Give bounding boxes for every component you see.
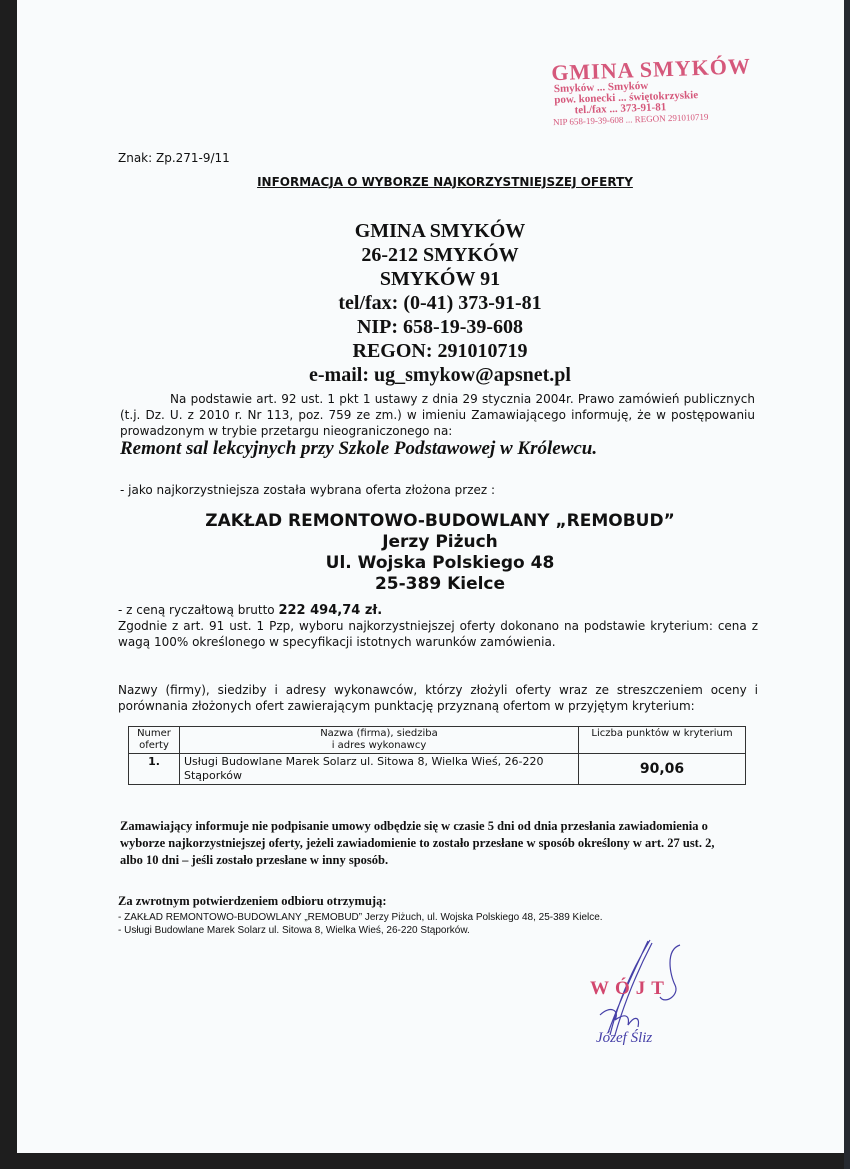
offer-points: 90,06 xyxy=(579,754,746,785)
price-prefix: - z ceną ryczałtową brutto xyxy=(118,603,278,617)
offer-contractor: Usługi Budowlane Marek Solarz ul. Sitowa… xyxy=(180,754,579,785)
authority-email: e-mail: ug_smykow@apsnet.pl xyxy=(0,363,850,387)
header-contractor: Nazwa (firma), siedziba i adres wykonawc… xyxy=(180,727,579,754)
authority-street: SMYKÓW 91 xyxy=(0,267,850,291)
recipients-heading: Za zwrotnym potwierdzeniem odbioru otrzy… xyxy=(118,894,386,909)
price-line: - z ceną ryczałtową brutto 222 494,74 zł… xyxy=(118,602,758,619)
contract-signing-notice: Zamawiający informuje nie podpisanie umo… xyxy=(120,818,740,869)
winner-street: Ul. Wojska Polskiego 48 xyxy=(0,553,850,574)
office-stamp: GMINA SMYKÓW Smyków ... Smyków pow. kone… xyxy=(551,54,793,127)
contracting-authority: GMINA SMYKÓW 26-212 SMYKÓW SMYKÓW 91 tel… xyxy=(0,219,850,387)
authority-postal: 26-212 SMYKÓW xyxy=(0,243,850,267)
authority-regon: REGON: 291010719 xyxy=(0,339,850,363)
header-points: Liczba punktów w kryterium xyxy=(579,727,746,754)
authority-phone: tel/fax: (0-41) 373-91-81 xyxy=(0,291,850,315)
criterion-paragraph: Zgodnie z art. 91 ust. 1 Pzp, wyboru naj… xyxy=(118,618,758,650)
winning-contractor: ZAKŁAD REMONTOWO-BUDOWLANY „REMOBUD” Jer… xyxy=(0,511,850,595)
authority-name: GMINA SMYKÓW xyxy=(0,219,850,243)
price-value: 222 494,74 zł. xyxy=(278,603,382,618)
winner-person: Jerzy Piżuch xyxy=(0,532,850,553)
offers-table: Numer oferty Nazwa (firma), siedziba i a… xyxy=(128,726,746,785)
offer-number: 1. xyxy=(129,754,180,785)
document-title: INFORMACJA O WYBORZE NAJKORZYSTNIEJSZEJ … xyxy=(0,175,850,189)
recipient-item: - Usługi Budowlane Marek Solarz ul. Sito… xyxy=(118,924,470,937)
signatory-role: WÓJT xyxy=(590,978,670,1000)
procurement-subject: Remont sal lekcyjnych przy Szkole Podsta… xyxy=(120,438,597,460)
header-offer-number: Numer oferty xyxy=(129,727,180,754)
offers-intro: Nazwy (firmy), siedziby i adresy wykonaw… xyxy=(118,682,758,714)
signatory-name: Józef Śliz xyxy=(596,1030,652,1047)
winner-city: 25-389 Kielce xyxy=(0,574,850,595)
intro-paragraph: Na podstawie art. 92 ust. 1 pkt 1 ustawy… xyxy=(120,391,755,439)
reference-number: Znak: Zp.271-9/11 xyxy=(118,151,230,165)
winner-name: ZAKŁAD REMONTOWO-BUDOWLANY „REMOBUD” xyxy=(0,511,850,532)
table-row: 1. Usługi Budowlane Marek Solarz ul. Sit… xyxy=(129,754,746,785)
table-header-row: Numer oferty Nazwa (firma), siedziba i a… xyxy=(129,727,746,754)
recipient-item: - ZAKŁAD REMONTOWO-BUDOWLANY „REMOBUD” J… xyxy=(118,911,603,924)
authority-nip: NIP: 658-19-39-608 xyxy=(0,315,850,339)
selected-intro: - jako najkorzystniejsza została wybrana… xyxy=(120,482,495,498)
